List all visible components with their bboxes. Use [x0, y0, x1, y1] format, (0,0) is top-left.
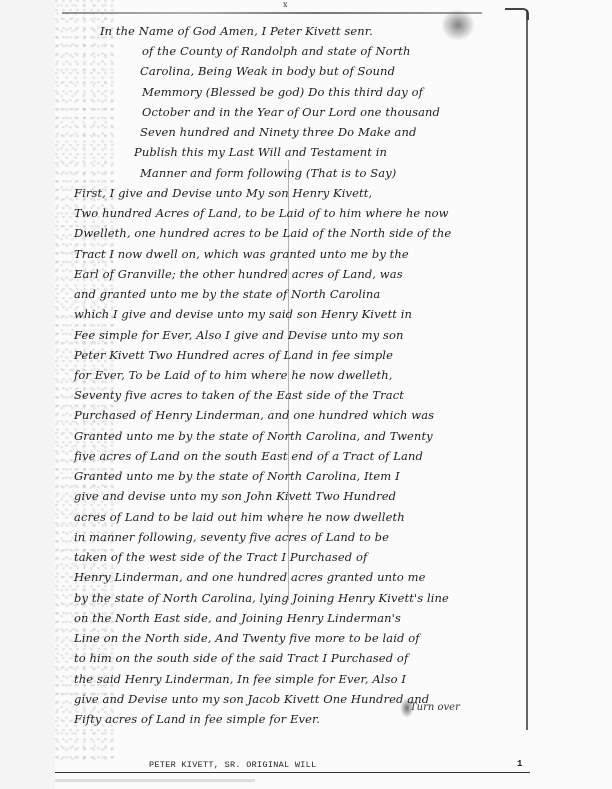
- text-line: Peter Kivett Two Hundred acres of Land i…: [74, 348, 393, 362]
- text-line: In the Name of God Amen, I Peter Kivett …: [100, 24, 373, 38]
- text-line: on the North East side, and Joining Henr…: [74, 611, 401, 625]
- text-line: five acres of Land on the south East end…: [74, 449, 423, 463]
- text-line: the said Henry Linderman, In fee simple …: [74, 672, 406, 686]
- text-line: in manner following, seventy five acres …: [74, 530, 389, 544]
- page-bottom-edge: [55, 779, 255, 782]
- right-border-line: [526, 10, 528, 730]
- text-line: for Ever, To be Laid of to him where he …: [74, 368, 393, 382]
- text-line: of the County of Randolph and state of N…: [142, 44, 411, 58]
- text-line: acres of Land to be laid out him where h…: [74, 510, 405, 524]
- text-line: October and in the Year of Our Lord one …: [142, 105, 440, 119]
- text-line: taken of the west side of the Tract I Pu…: [74, 550, 367, 564]
- text-line: Carolina, Being Weak in body but of Soun…: [140, 64, 395, 78]
- text-line: and granted unto me by the state of Nort…: [74, 287, 380, 301]
- text-line: Henry Linderman, and one hundred acres g…: [74, 570, 426, 584]
- text-line: Fifty acres of Land in fee simple for Ev…: [74, 712, 320, 726]
- footer-rule: [55, 772, 530, 773]
- text-line: Earl of Granville; the other hundred acr…: [74, 267, 403, 281]
- text-line: which I give and devise unto my said son…: [74, 307, 412, 321]
- turn-over-note: Turn over: [410, 702, 460, 713]
- text-line: by the state of North Carolina, lying Jo…: [74, 591, 449, 605]
- text-line: Two hundred Acres of Land, to be Laid of…: [74, 206, 449, 220]
- text-line: give and devise unto my son John Kivett …: [74, 489, 396, 503]
- top-border-line: [62, 12, 482, 14]
- text-line: Line on the North side, And Twenty five …: [74, 631, 420, 645]
- text-line: Granted unto me by the state of North Ca…: [74, 429, 433, 443]
- text-line: Tract I now dwell on, which was granted …: [74, 247, 409, 261]
- top-mark: x: [283, 0, 288, 9]
- text-line: Publish this my Last Will and Testament …: [134, 145, 387, 159]
- footer-title: PETER KIVETT, SR. ORIGINAL WILL: [149, 760, 316, 770]
- text-line: Seventy five acres to taken of the East …: [74, 388, 404, 402]
- text-line: Memmory (Blessed be god) Do this third d…: [142, 85, 423, 99]
- text-line: Granted unto me by the state of North Ca…: [74, 469, 400, 483]
- text-line: Seven hundred and Ninety three Do Make a…: [140, 125, 416, 139]
- text-line: give and Devise unto my son Jacob Kivett…: [74, 692, 429, 706]
- text-line: to him on the south side of the said Tra…: [74, 651, 408, 665]
- text-line: Purchased of Henry Linderman, and one hu…: [74, 408, 434, 422]
- page-number: 1: [517, 759, 522, 769]
- text-line: Dwelleth, one hundred acres to be Laid o…: [74, 226, 451, 240]
- text-line: Manner and form following (That is to Sa…: [140, 166, 396, 180]
- text-line: Fee simple for Ever, Also I give and Dev…: [74, 328, 403, 342]
- ink-blot: [442, 10, 474, 40]
- text-line: First, I give and Devise unto My son Hen…: [74, 186, 372, 200]
